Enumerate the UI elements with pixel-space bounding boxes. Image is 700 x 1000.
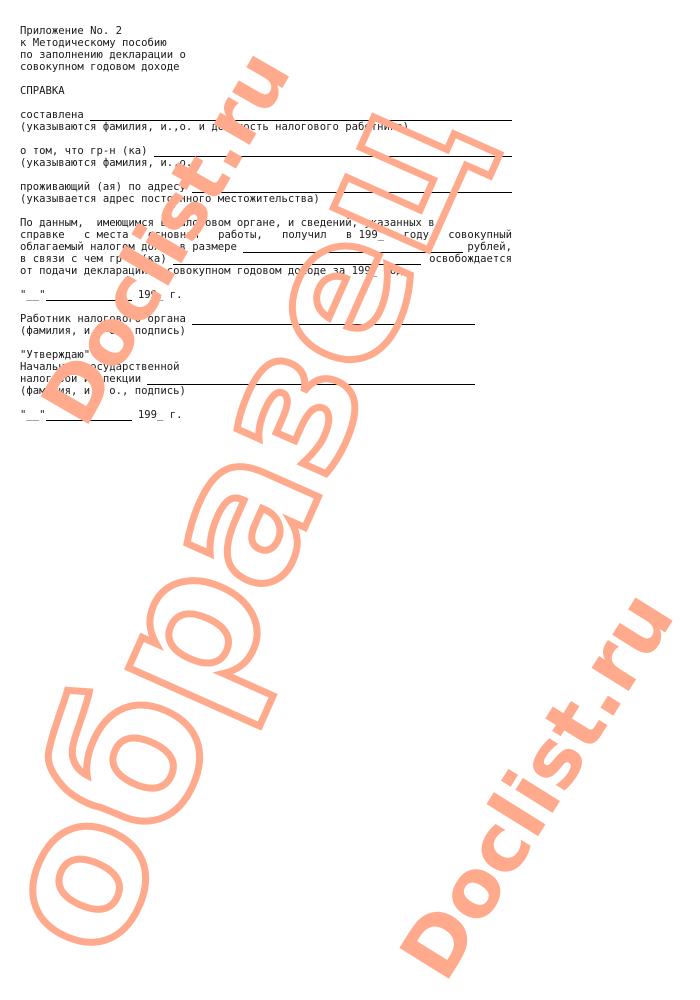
- citizen-row: о том, что гр-н (ка): [20, 145, 512, 157]
- date-day: "__": [20, 289, 46, 301]
- compiled-label: составлена: [20, 109, 84, 121]
- date-row-1: "__" 199_ г.: [20, 289, 512, 301]
- body-line-1: По данным, имеющимся в налоговом органе,…: [20, 217, 512, 229]
- exempt-citizen-field[interactable]: [173, 255, 421, 265]
- date-day-2: "__": [20, 409, 46, 421]
- approve-hint: (фамилия, и., о., подпись): [20, 385, 512, 397]
- date-month-field[interactable]: [46, 291, 132, 301]
- citizen-label: о том, что гр-н (ка): [20, 145, 148, 157]
- citizen-field[interactable]: [154, 147, 512, 157]
- chief-signature-field[interactable]: [147, 375, 475, 385]
- appendix-line-1: Приложение No. 2: [20, 25, 512, 37]
- address-field[interactable]: [192, 183, 512, 193]
- approve-title: "Утверждаю": [20, 349, 512, 361]
- worker-label: Работник налогового органа: [20, 313, 186, 325]
- approve-label: налоговой инспекции: [20, 373, 141, 385]
- worker-signature-field[interactable]: [192, 315, 475, 325]
- address-hint: (указывается адрес постоянного местожите…: [20, 193, 512, 205]
- citizen-hint: (указываются фамилия, и.,о.): [20, 157, 512, 169]
- income-amount-field[interactable]: [243, 243, 463, 253]
- compiled-hint: (указываются фамилия, и.,о. и должность …: [20, 121, 512, 133]
- worker-hint: (фамилия, и., о., подпись): [20, 325, 512, 337]
- appendix-line-2: к Методическому пособию: [20, 37, 512, 49]
- body-line-4: в связи с чем гр-н (ка) освобождается: [20, 253, 512, 265]
- address-label: проживающий (ая) по адресу: [20, 181, 186, 193]
- document: Приложение No. 2 к Методическому пособию…: [20, 25, 512, 421]
- date-row-2: "__" 199_ г.: [20, 409, 512, 421]
- date-year: 199_ г.: [138, 289, 183, 301]
- date-month-field-2[interactable]: [46, 411, 132, 421]
- approve-line-1: Начальник государственной: [20, 361, 512, 373]
- appendix-line-3: по заполнению декларации о: [20, 49, 512, 61]
- body-line-3: облагаемый налогом доход в размере рубле…: [20, 241, 512, 253]
- compiled-field[interactable]: [90, 111, 512, 121]
- body-line-5: от подачи декларации о совокупном годово…: [20, 265, 512, 277]
- approve-row: налоговой инспекции: [20, 373, 475, 385]
- body-line-2: справке с места основной работы, получил…: [20, 229, 512, 241]
- worker-row: Работник налогового органа: [20, 313, 475, 325]
- watermark-site-bottom: Doclist.ru: [382, 576, 692, 995]
- appendix-line-4: совокупном годовом доходе: [20, 61, 512, 73]
- address-row: проживающий (ая) по адресу: [20, 181, 512, 193]
- compiled-row: составлена: [20, 109, 512, 121]
- date-year-2: 199_ г.: [138, 409, 183, 421]
- document-title: СПРАВКА: [20, 85, 512, 97]
